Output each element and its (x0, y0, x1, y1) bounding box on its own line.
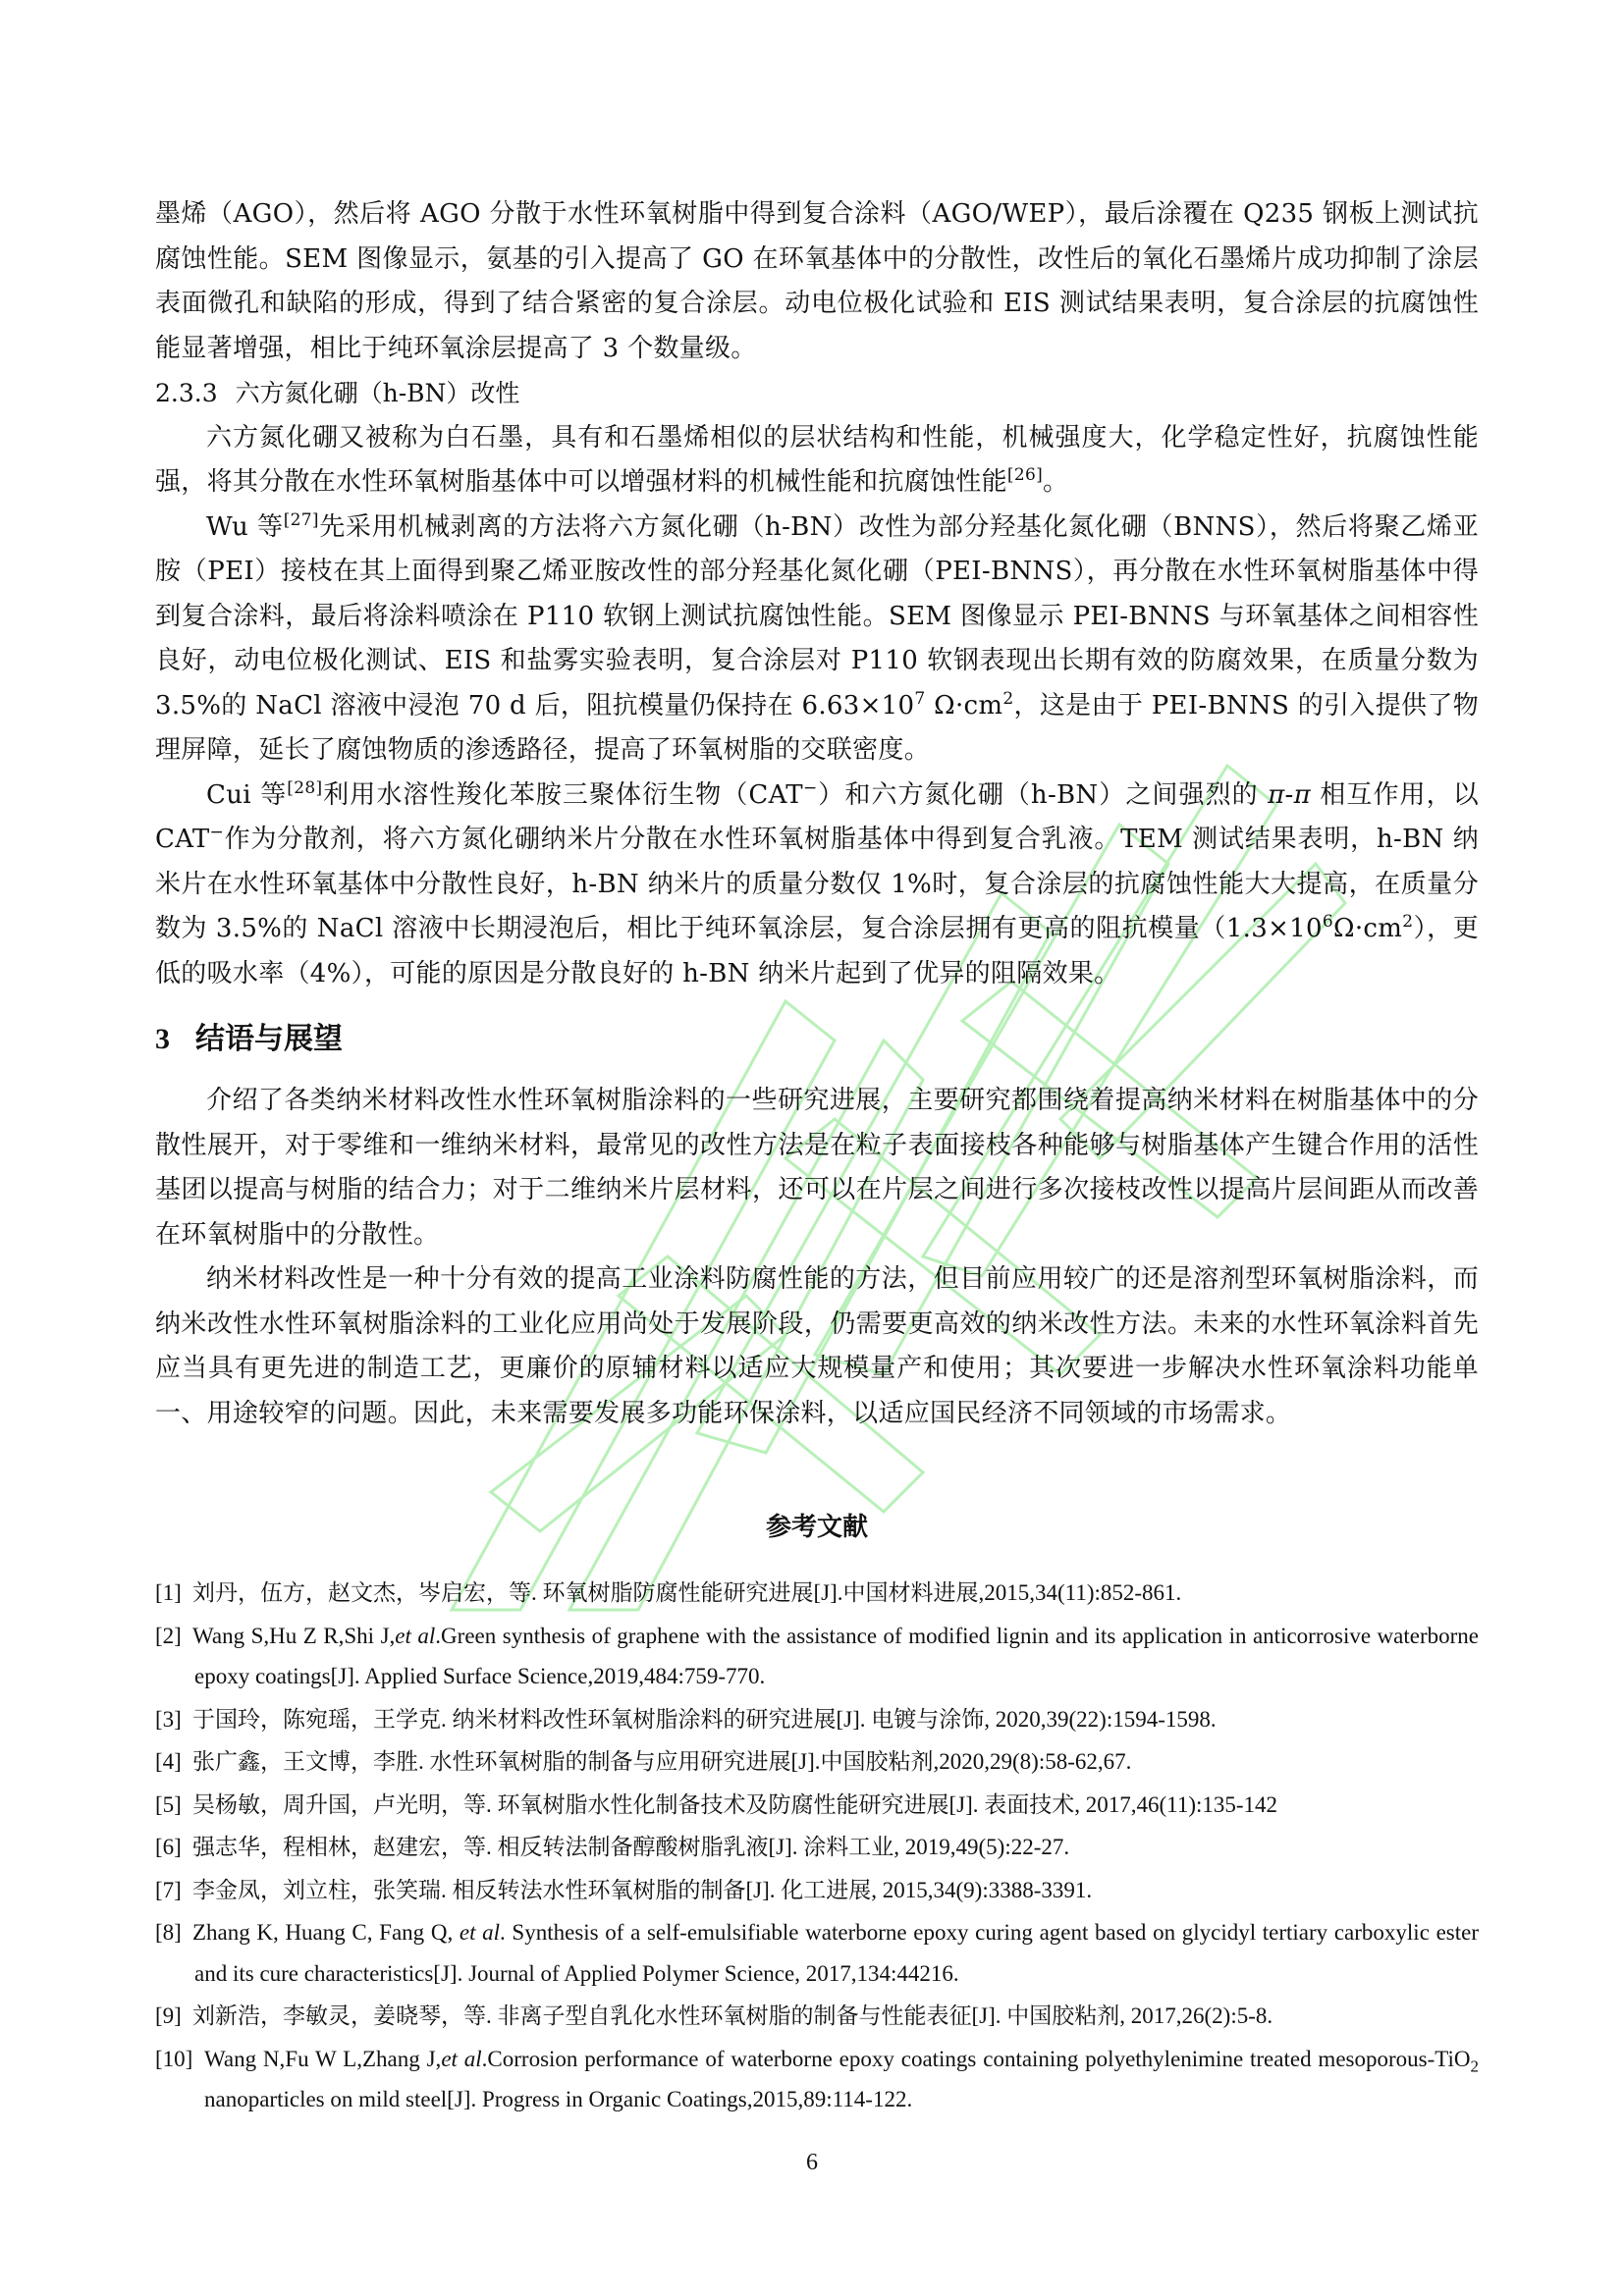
reference-item: [4]张广鑫，王文博，李胜. 水性环氧树脂的制备与应用研究进展[J].中国胶粘剂… (155, 1741, 1479, 1783)
reference-item: [3]于国玲，陈宛瑶，王学克. 纳米材料改性环氧树脂涂料的研究进展[J]. 电镀… (155, 1699, 1479, 1740)
paragraph-cui: Cui 等[28]利用水溶性羧化苯胺三聚体衍生物（CAT−）和六方氮化硼（h-B… (155, 774, 1479, 997)
reference-item: [2]Wang S,Hu Z R,Shi J,et al.Green synth… (155, 1616, 1479, 1697)
main-content: 墨烯（AGO），然后将 AGO 分散于水性环氧树脂中得到复合涂料（AGO/WEP… (155, 192, 1479, 2120)
reference-item: [9]刘新浩，李敏灵，姜晓琴，等. 非离子型自乳化水性环氧树脂的制备与性能表征[… (155, 1996, 1479, 2037)
citation: [26] (1007, 465, 1043, 485)
citation: [27] (284, 509, 319, 529)
subsection-heading: 2.3.3六方氮化硼（h-BN）改性 (155, 371, 1479, 416)
paragraph-hbn-intro: 六方氮化硼又被称为白石墨，具有和石墨烯相似的层状结构和性能，机械强度大，化学稳定… (155, 416, 1479, 506)
reference-item: [7]李金凤，刘立柱，张笑瑞. 相反转法水性环氧树脂的制备[J]. 化工进展, … (155, 1870, 1479, 1911)
section-number: 3 (155, 1023, 170, 1055)
reference-item: [10]Wang N,Fu W L,Zhang J,et al.Corrosio… (155, 2039, 1479, 2120)
document-page: 墨烯（AGO），然后将 AGO 分散于水性环氧树脂中得到复合涂料（AGO/WEP… (0, 0, 1624, 2296)
reference-item: [5]吴杨敏，周升国，卢光明，等. 环氧树脂水性化制备技术及防腐性能研究进展[J… (155, 1785, 1479, 1826)
reference-item: [6]强志华，程相林，赵建宏，等. 相反转法制备醇酸树脂乳液[J]. 涂料工业,… (155, 1827, 1479, 1868)
reference-item: [8]Zhang K, Huang C, Fang Q, et al. Synt… (155, 1912, 1479, 1994)
paragraph-ago-continued: 墨烯（AGO），然后将 AGO 分散于水性环氧树脂中得到复合涂料（AGO/WEP… (155, 192, 1479, 371)
reference-list: [1]刘丹，伍方，赵文杰，岑启宏，等. 环氧树脂防腐性能研究进展[J].中国材料… (155, 1573, 1479, 2120)
citation: [28] (287, 777, 322, 797)
section-title: 结语与展望 (195, 1022, 343, 1056)
paragraph-conclusion-2: 纳米材料改性是一种十分有效的提高工业涂料防腐性能的方法，但目前应用较广的还是溶剂… (155, 1257, 1479, 1436)
subsection-number: 2.3.3 (155, 379, 218, 407)
reference-item: [1]刘丹，伍方，赵文杰，岑启宏，等. 环氧树脂防腐性能研究进展[J].中国材料… (155, 1573, 1479, 1614)
paragraph-conclusion-1: 介绍了各类纳米材料改性水性环氧树脂涂料的一些研究进展，主要研究都围绕着提高纳米材… (155, 1079, 1479, 1257)
page-number: 6 (0, 2150, 1624, 2176)
subsection-title: 六方氮化硼（h-BN）改性 (236, 379, 520, 407)
paragraph-wu: Wu 等[27]先采用机械剥离的方法将六方氮化硼（h-BN）改性为部分羟基化氮化… (155, 506, 1479, 774)
section-heading: 3结语与展望 (155, 1020, 1479, 1059)
references-heading: 参考文献 (155, 1507, 1479, 1543)
